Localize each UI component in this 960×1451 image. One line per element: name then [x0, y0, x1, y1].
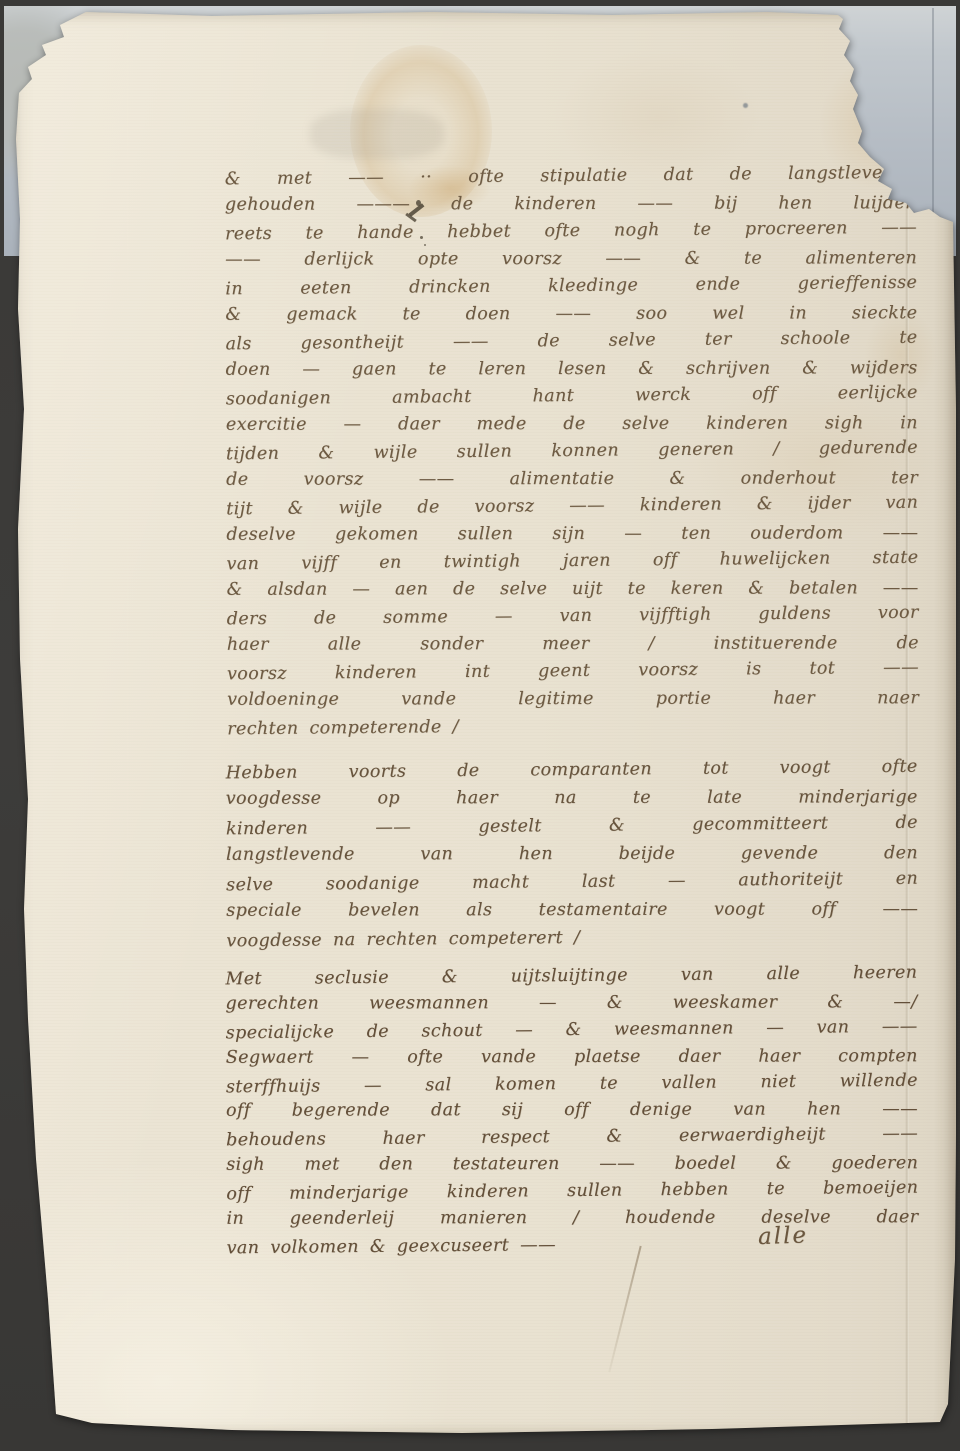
manuscript-line: ders de somme — van vijfftigh guldens vo…: [227, 600, 919, 634]
manuscript-line: & gemack te doen —— soo wel in sieckte: [225, 300, 917, 329]
manuscript-line: kinderen —— gestelt & gecommitteert de: [226, 809, 918, 844]
manuscript-line: van vijff en twintigh jaren off huwelijc…: [226, 545, 918, 579]
manuscript-line: rechten competerende /: [227, 710, 919, 744]
manuscript-line: tijden & wijle sullen konnen generen / g…: [226, 435, 918, 469]
manuscript-line: als gesontheijt —— de selve ter schoole …: [225, 325, 917, 359]
manuscript-line: —— derlijck opte voorsz —— & te alimente…: [225, 245, 917, 274]
manuscript-line: & alsdan — aen de selve uijt te keren & …: [227, 575, 919, 604]
manuscript-line: gehouden ——— de kinderen —— bij hen luij…: [225, 190, 917, 219]
manuscript-line: deselve gekomen sullen sijn — ten ouderd…: [226, 520, 918, 549]
manuscript-line: haer alle sonder meer / instituerende de: [227, 630, 919, 659]
ink-showthrough-marks: [310, 109, 444, 159]
manuscript-line: reets te hande hebbet ofte nogh te procr…: [225, 215, 917, 249]
manuscript-line: tijt & wijle de voorsz —— kinderen & ijd…: [226, 490, 918, 524]
manuscript-line: Hebben voorts de comparanten tot voogt o…: [226, 753, 918, 788]
manuscript-line: voldoeninge vande legitime portie haer n…: [227, 685, 919, 714]
manuscript-line: specialijcke de schout — & weesmannen — …: [226, 1013, 918, 1047]
catchword: alle: [758, 1220, 879, 1250]
manuscript-line: Segwaert — ofte vande plaetse daer haer …: [226, 1043, 918, 1071]
manuscript-line: in eeten drincken kleedinge ende gerieff…: [225, 270, 917, 304]
manuscript-line: soodanigen ambacht hant werck off eerlij…: [226, 380, 918, 414]
paragraph-alimentation-clause: & met —— ·· ofte stipulatie dat de langs…: [225, 161, 920, 742]
manuscript-paper: & met —— ·· ofte stipulatie dat de langs…: [12, 9, 956, 1439]
pinhole-dot: [743, 103, 748, 108]
manuscript-line: de voorsz —— alimentatie & onderhout ter: [226, 465, 918, 494]
paper-wrap: & met —— ·· ofte stipulatie dat de langs…: [0, 0, 960, 1451]
manuscript-line: doen — gaen te leren lesen & schrijven &…: [226, 355, 918, 384]
paragraph-exclusion-orphan-chamber: Met seclusie & uijtsluijtinge van alle h…: [225, 961, 918, 1260]
manuscript-line: voogdesse na rechten competerert /: [226, 921, 918, 956]
manuscript-line: Met seclusie & uijtsluijtinge van alle h…: [225, 960, 917, 994]
manuscript-line: sigh met den testateuren —— boedel & goe…: [226, 1150, 918, 1178]
manuscript-line: off minderjarige kinderen sullen hebben …: [226, 1175, 918, 1209]
paragraph-guardian-appointment: Hebben voorts de comparanten tot voogt o…: [226, 754, 919, 953]
manuscript-line: & met —— ·· ofte stipulatie dat de langs…: [225, 160, 917, 194]
manuscript-line: gerechten weesmannen — & weeskamer & —/: [226, 989, 918, 1017]
manuscript-line: langstlevende van hen beijde gevende den: [226, 839, 918, 869]
scan-background: & met —— ·· ofte stipulatie dat de langs…: [0, 0, 960, 1451]
manuscript-line: speciale bevelen als testamentaire voogt…: [226, 895, 918, 925]
manuscript-line: exercitie — daer mede de selve kinderen …: [226, 410, 918, 439]
manuscript-line: voogdesse op haer na te late minderjarig…: [226, 783, 918, 813]
pen-flourish-stroke: [608, 1246, 641, 1373]
manuscript-line: selve soodanige macht last — authoriteij…: [226, 865, 918, 900]
manuscript-line: voorsz kinderen int geent voorsz is tot …: [227, 655, 919, 689]
